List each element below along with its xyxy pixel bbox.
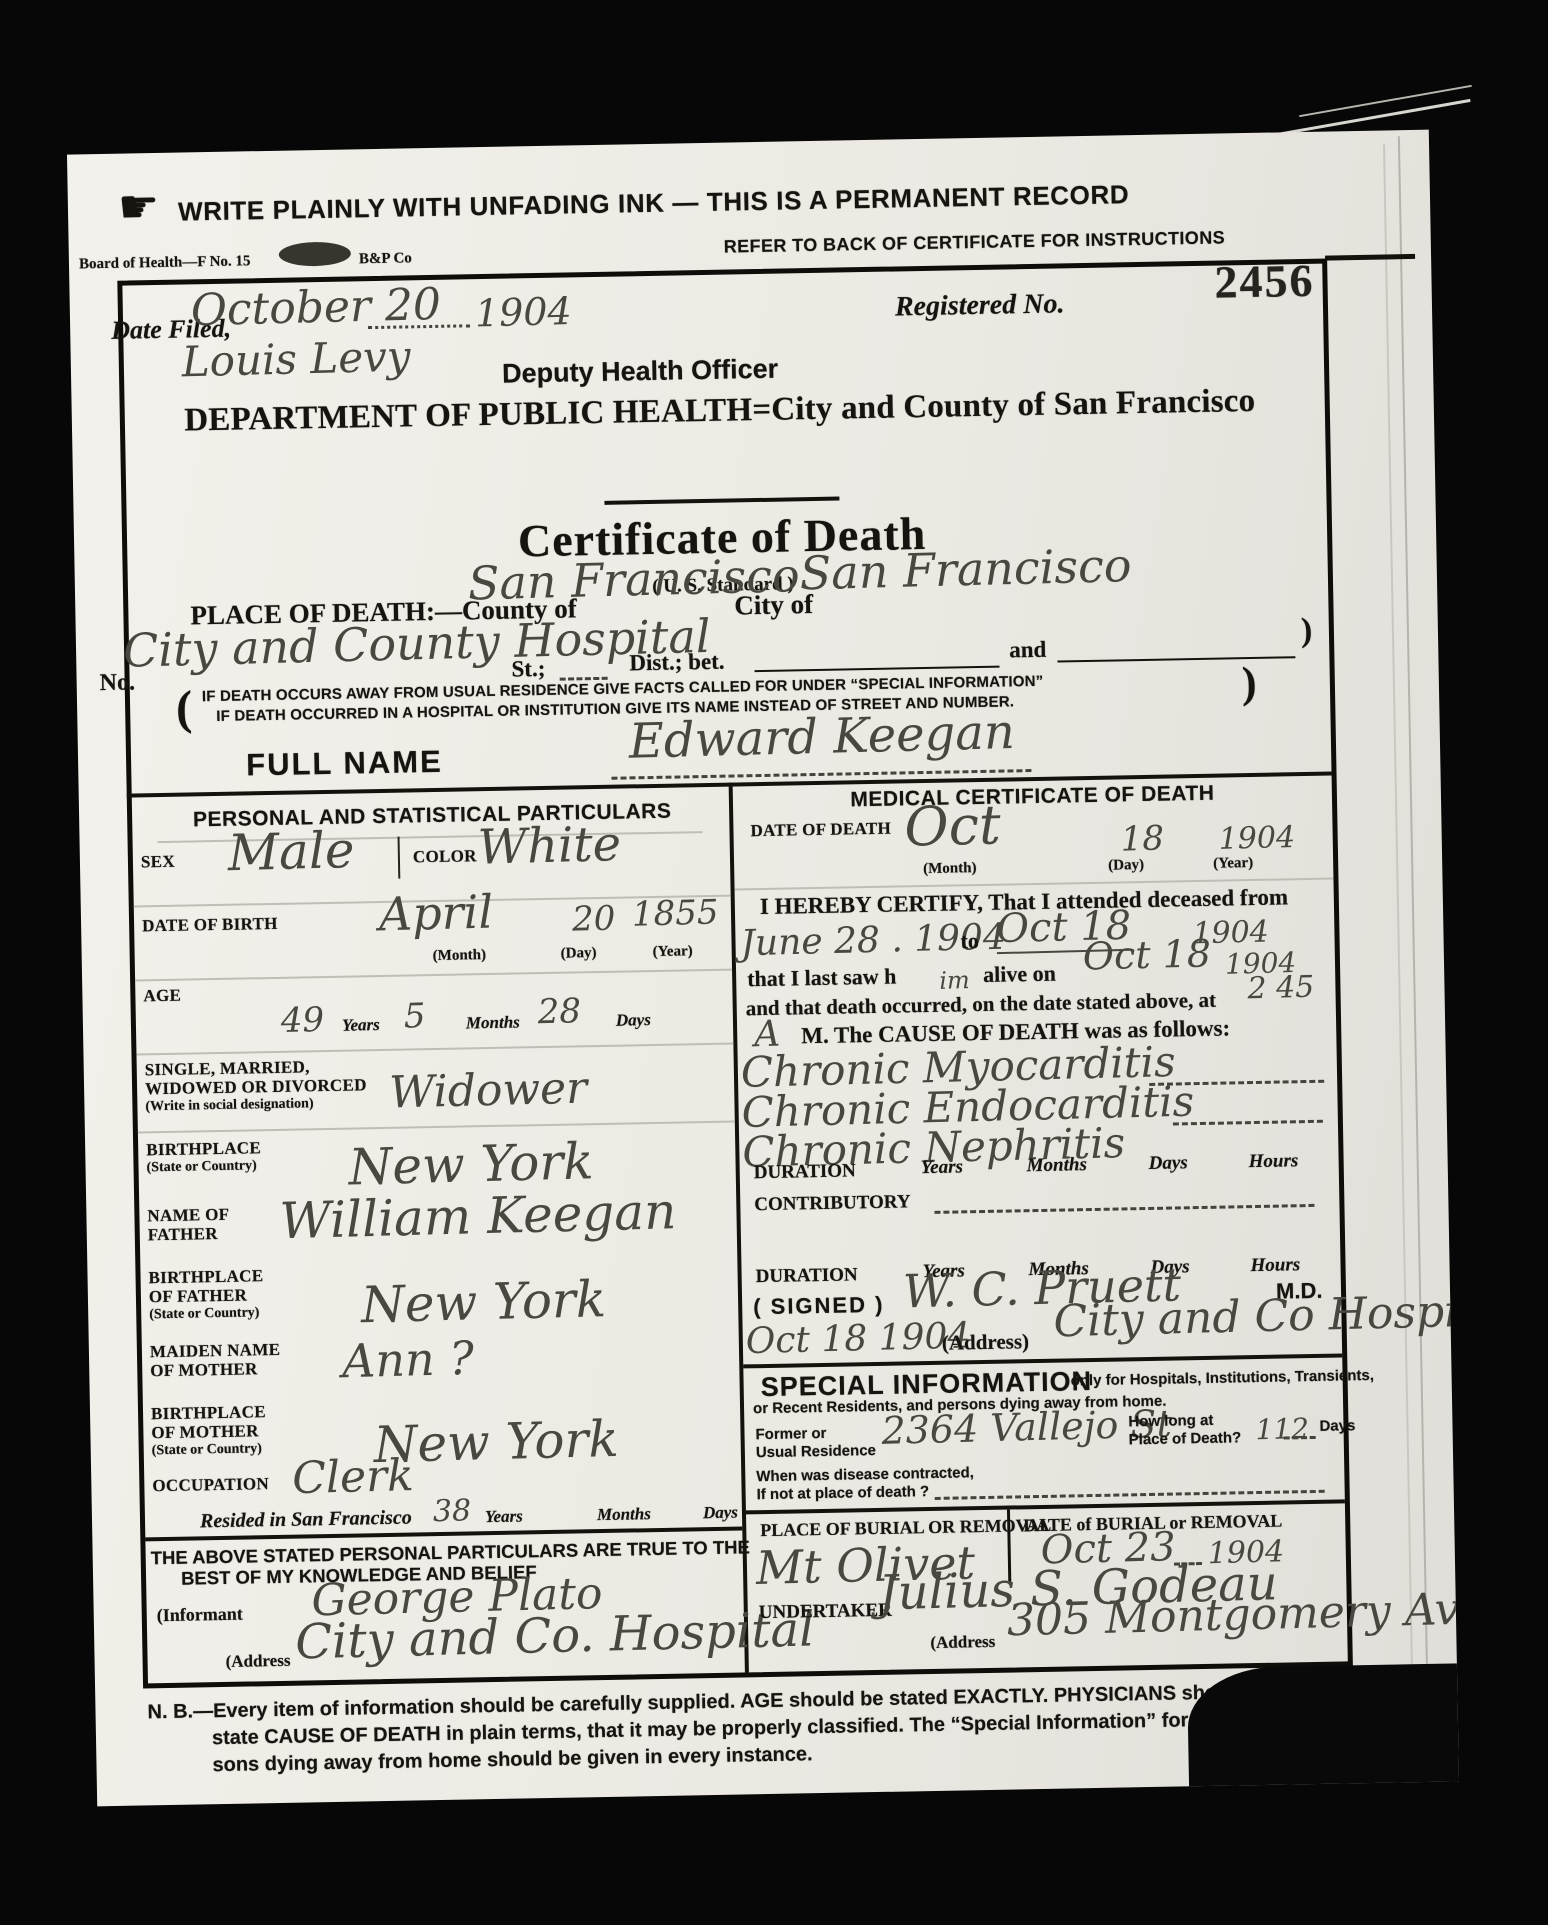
how-long-label-1: How long at xyxy=(1128,1412,1213,1431)
page-stack-line xyxy=(1383,144,1414,1734)
resided-years-caption: Years xyxy=(485,1506,523,1527)
informant-address-label: (Address xyxy=(225,1651,290,1672)
resided-label: Resided in San Francisco xyxy=(200,1507,412,1534)
mother-birthplace-label-2: OF MOTHER xyxy=(151,1422,259,1443)
date-of-death-year-caption: (Year) xyxy=(1213,855,1253,873)
disease-contracted-line xyxy=(935,1490,1325,1500)
how-long-label-2: Place of Death? xyxy=(1129,1429,1242,1448)
undertaker-address-label: (Address xyxy=(930,1632,995,1653)
row-line xyxy=(138,1121,735,1134)
disease-contracted-label-2: If not at place of death ? xyxy=(756,1483,929,1503)
duration-hours-caption-2: Hours xyxy=(1250,1254,1300,1277)
sex-color-divider xyxy=(398,837,401,879)
dist-bet-label: Dist.; bet. xyxy=(629,649,725,677)
former-residence-label-1: Former or xyxy=(755,1425,826,1443)
registered-no-label: Registered No. xyxy=(895,288,1065,323)
close-paren: ) xyxy=(1301,612,1313,650)
dob-year-caption: (Year) xyxy=(653,943,693,961)
contributory-label: CONTRIBUTORY xyxy=(754,1191,911,1216)
former-residence-label-2: Usual Residence xyxy=(756,1442,876,1461)
full-name-value: Edward Keegan xyxy=(628,704,1015,770)
dob-year-value: 1855 xyxy=(631,893,719,935)
mother-name-value: Ann ? xyxy=(341,1331,474,1388)
date-of-death-year: 1904 xyxy=(1218,820,1295,857)
last-saw-text-1: that I last saw h xyxy=(747,964,897,993)
how-long-line xyxy=(1284,1436,1316,1440)
health-officer-signature: Louis Levy xyxy=(181,332,411,387)
undertaker-address-value: 305 Montgomery Ave xyxy=(1006,1583,1459,1646)
page-stack-line xyxy=(1398,136,1430,1746)
place-city-value: San Francisco xyxy=(799,538,1132,600)
marital-label-3: (Write in social designation) xyxy=(145,1096,313,1115)
to-label: to xyxy=(960,928,979,954)
page-stack-edge xyxy=(1299,85,1472,117)
marital-value: Widower xyxy=(389,1063,588,1119)
resided-days-caption: Days xyxy=(703,1503,738,1524)
st-label: St.; xyxy=(511,656,545,683)
medical-section-header: MEDICAL CERTIFICATE OF DEATH xyxy=(740,780,1325,815)
dob-day-value: 20 xyxy=(572,899,616,940)
printer-stamp xyxy=(279,241,351,266)
last-saw-date: Oct 18 xyxy=(1082,931,1211,978)
refer-back-notice: REFER TO BACK OF CERTIFICATE FOR INSTRUC… xyxy=(724,228,1194,258)
cause-2-line xyxy=(1173,1120,1323,1126)
dob-day-caption: (Day) xyxy=(561,945,597,963)
mother-name-label-1: MAIDEN NAME xyxy=(150,1341,281,1362)
permanent-record-notice: WRITE PLAINLY WITH UNFADING INK — THIS I… xyxy=(178,179,1130,227)
sex-value: Male xyxy=(227,821,355,882)
dob-label: DATE OF BIRTH xyxy=(142,915,278,936)
color-value: White xyxy=(477,816,622,876)
certificate-box: Date Filed, October 20 1904 Registered N… xyxy=(117,259,1353,1689)
age-label: AGE xyxy=(143,987,181,1006)
sex-label: SEX xyxy=(141,853,175,872)
father-birthplace-label-2: OF FATHER xyxy=(149,1287,248,1307)
how-long-value: 112 xyxy=(1255,1412,1309,1446)
color-label: COLOR xyxy=(413,847,477,867)
birthplace-label: BIRTHPLACE xyxy=(146,1139,261,1160)
date-of-death-day: 18 xyxy=(1120,818,1164,859)
date-of-death-label: DATE OF DEATH xyxy=(750,820,891,841)
informant-label: (Informant xyxy=(157,1604,243,1627)
last-saw-text-2: alive on xyxy=(983,961,1056,988)
dob-month-caption: (Month) xyxy=(433,947,487,965)
contributory-line xyxy=(934,1204,1314,1214)
duration-hours-caption-1: Hours xyxy=(1248,1150,1298,1173)
birthplace-caption: (State or Country) xyxy=(146,1158,256,1176)
disease-contracted-label-1: When was disease contracted, xyxy=(756,1464,974,1485)
occupation-label: OCCUPATION xyxy=(152,1475,269,1496)
registered-no-value: 2456 xyxy=(1214,254,1315,309)
duration-days-caption-1: Days xyxy=(1148,1152,1187,1175)
duration-label-2: DURATION xyxy=(755,1264,857,1288)
full-name-label: FULL NAME xyxy=(246,744,443,784)
paren-open-icon: ( xyxy=(176,680,193,735)
resided-months-caption: Months xyxy=(597,1504,651,1525)
and-line xyxy=(1057,656,1295,662)
age-days-value: 28 xyxy=(537,991,581,1032)
father-name-value: William Keegan xyxy=(279,1182,677,1250)
marital-label-2: WIDOWED OR DIVORCED xyxy=(145,1076,367,1099)
signed-address-label: (Address) xyxy=(942,1329,1030,1356)
signed-date-value: Oct 18 1904 xyxy=(745,1315,970,1362)
age-months-value: 5 xyxy=(403,996,426,1037)
health-officer-title: Deputy Health Officer xyxy=(502,354,779,390)
and-label: and xyxy=(1009,637,1047,664)
manicule-icon: ☛ xyxy=(117,179,159,234)
scan-background: ☛ WRITE PLAINLY WITH UNFADING INK — THIS… xyxy=(0,0,1548,1925)
signed-label: ( SIGNED ) xyxy=(753,1292,885,1320)
occupation-value: Clerk xyxy=(292,1450,415,1504)
age-months-caption: Months xyxy=(466,1012,520,1033)
document-page: ☛ WRITE PLAINLY WITH UNFADING INK — THIS… xyxy=(67,130,1459,1807)
death-time-value: 2 45 xyxy=(1247,970,1315,1007)
title-divider xyxy=(604,497,839,505)
corner-shadow xyxy=(1187,1663,1459,1798)
bet-line xyxy=(755,666,1000,672)
mother-name-label-2: OF MOTHER xyxy=(150,1360,258,1381)
father-birthplace-value: New York xyxy=(360,1270,606,1334)
undertaker-label: UNDERTAKER xyxy=(759,1600,892,1624)
mother-birthplace-caption: (State or Country) xyxy=(152,1441,262,1459)
special-information-sub-1: only for Hospitals, Institutions, Transi… xyxy=(1070,1367,1374,1390)
row-line xyxy=(135,969,732,982)
resided-years-value: 38 xyxy=(432,1493,471,1529)
age-days-caption: Days xyxy=(616,1010,651,1031)
date-of-death-month-caption: (Month) xyxy=(923,860,977,878)
informant-address-value: City and Co. Hospital xyxy=(295,1601,816,1670)
age-years-caption: Years xyxy=(342,1015,380,1036)
father-name-label-2: FATHER xyxy=(148,1225,218,1245)
board-of-health-form-number: Board of Health—F No. 15 xyxy=(79,253,251,273)
signed-address-value: City and Co Hospital xyxy=(1053,1285,1459,1348)
date-filed-year: 1904 xyxy=(474,289,572,335)
last-saw-hand: im xyxy=(939,966,970,995)
duration-months-caption-1: Months xyxy=(1026,1154,1087,1177)
father-birthplace-caption: (State or Country) xyxy=(149,1305,259,1323)
dob-month-value: April xyxy=(378,885,493,942)
father-name-label-1: NAME OF xyxy=(147,1206,229,1226)
duration-label-1: DURATION xyxy=(754,1160,856,1184)
age-years-value: 49 xyxy=(280,1000,324,1041)
row-line xyxy=(136,1043,733,1056)
how-long-days-caption: Days xyxy=(1319,1417,1355,1435)
date-of-death-month: Oct xyxy=(904,793,1002,858)
paren-close-icon: ) xyxy=(1241,657,1257,708)
date-of-death-day-caption: (Day) xyxy=(1108,857,1144,875)
duration-years-caption-1: Years xyxy=(920,1156,963,1179)
department-title: DEPARTMENT OF PUBLIC HEALTH=City and Cou… xyxy=(125,382,1315,441)
printer-name: B&P Co xyxy=(359,250,412,268)
